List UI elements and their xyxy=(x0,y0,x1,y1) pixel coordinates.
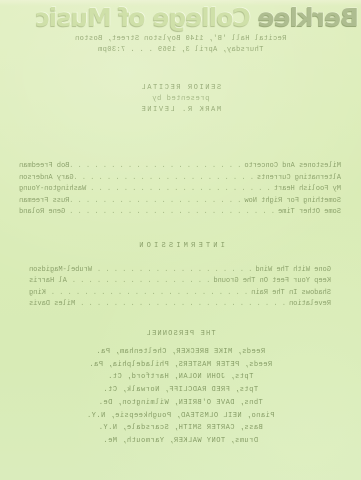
venue-address-line: Recital Hall 'B', 1140 Boylston Street, … xyxy=(0,34,361,45)
masthead-brand-bold: Berklee xyxy=(259,3,359,32)
piece-title: Alternating Currents xyxy=(257,173,341,185)
personnel-line: Tpts, FRED RADCLIFF, Norwalk, Ct. xyxy=(0,384,361,397)
personnel-line: Tpts, JOHN NOLAN, Hartford, Ct. xyxy=(0,371,361,384)
program-line: Gone With The Wind . . . . . . . . . . .… xyxy=(29,265,331,276)
masthead-brand-light: College of Music xyxy=(36,3,259,32)
personnel-list: Reeds, MIKE BRECKER, Cheltenham, Pa. Ree… xyxy=(0,346,361,448)
composer-name: Bob Freedman xyxy=(19,161,69,173)
personnel-line: Piano, NEIL OLMSTEAD, Poughkeepsie, N.Y. xyxy=(0,410,361,423)
program-line: Milestones And Concerto . . . . . . . . … xyxy=(19,161,341,173)
program-line: My Foolish Heart . . . . . . . . . . . .… xyxy=(19,184,341,196)
composer-name: Miles Davis xyxy=(29,299,75,310)
intermission-heading: INTERMISSION xyxy=(0,242,361,250)
piece-title: Some Other Time xyxy=(278,207,341,219)
dot-leader: . . . . . . . . . . . . . . . . . . . . … xyxy=(75,299,289,310)
piece-title: Gone With The Wind xyxy=(255,265,331,276)
piece-title: Keep Your Feet On The Ground xyxy=(213,276,331,287)
masthead-logo: Berklee College of Music xyxy=(0,3,359,32)
composer-name: Gene Roland xyxy=(19,207,65,219)
composer-name: Russ Freeman xyxy=(19,196,69,208)
composer-name: King xyxy=(29,288,46,299)
recital-presented-by-line: presented by xyxy=(0,94,361,105)
dot-leader: . . . . . . . . . . . . . . . . . . . . … xyxy=(65,207,278,219)
program-first-half-list: Milestones And Concerto . . . . . . . . … xyxy=(19,161,341,219)
program-second-half-list: Gone With The Wind . . . . . . . . . . .… xyxy=(29,265,331,310)
personnel-line: Reeds, PETER MASTERS, Philadelphia, Pa. xyxy=(0,359,361,372)
personnel-line: Reeds, MIKE BRECKER, Cheltenham, Pa. xyxy=(0,346,361,359)
mirrored-show-through-layer: Berklee College of Music Recital Hall 'B… xyxy=(0,0,361,480)
personnel-line: Drums, TONY WALKER, Yarmouth, Me. xyxy=(0,435,361,448)
dot-leader: . . . . . . . . . . . . . . . . . . . . … xyxy=(46,288,251,299)
program-line: Keep Your Feet On The Ground . . . . . .… xyxy=(29,276,331,287)
dot-leader: . . . . . . . . . . . . . . . . . . . . … xyxy=(67,276,214,287)
dot-leader: . . . . . . . . . . . . . . . . . . . . … xyxy=(74,173,257,185)
composer-name: Washington-Young xyxy=(19,184,86,196)
program-line: Something For Right Now . . . . . . . . … xyxy=(19,196,341,208)
recital-title-block: SENIOR RECITAL presented by MARK R. LEVI… xyxy=(0,83,361,116)
piece-title: Revelation xyxy=(289,299,331,310)
dot-leader: . . . . . . . . . . . . . . . . . . . . … xyxy=(86,184,274,196)
venue-datetime-line: Thursday, April 3, 1969 . . . 7:30pm xyxy=(0,45,361,56)
dot-leader: . . . . . . . . . . . . . . . . . . . . … xyxy=(69,161,244,173)
composer-name: Wrubel-Magidson xyxy=(29,265,92,276)
personnel-line: Tbns, DAVE O'BRIEN, Wilmington, De. xyxy=(0,397,361,410)
piece-title: My Foolish Heart xyxy=(274,184,341,196)
scanned-program-page: Berklee College of Music Recital Hall 'B… xyxy=(0,0,361,480)
dot-leader: . . . . . . . . . . . . . . . . . . . . … xyxy=(92,265,255,276)
composer-name: Al Harris xyxy=(29,276,67,287)
program-line: Some Other Time . . . . . . . . . . . . … xyxy=(19,207,341,219)
personnel-heading: THE PERSONNEL xyxy=(0,330,361,338)
recital-title-line: SENIOR RECITAL xyxy=(0,83,361,94)
piece-title: Milestones And Concerto xyxy=(244,161,341,173)
venue-block: Recital Hall 'B', 1140 Boylston Street, … xyxy=(0,34,361,55)
personnel-line: Bass, CARTER SMITH, Scarsdale, N.Y. xyxy=(0,422,361,435)
piece-title: Shadows In The Rain xyxy=(251,288,331,299)
piece-title: Something For Right Now xyxy=(244,196,341,208)
dot-leader: . . . . . . . . . . . . . . . . . . . . … xyxy=(69,196,244,208)
composer-name: Gary Anderson xyxy=(19,173,74,185)
program-line: Alternating Currents . . . . . . . . . .… xyxy=(19,173,341,185)
program-line: Shadows In The Rain . . . . . . . . . . … xyxy=(29,288,331,299)
recital-performer-name: MARK R. LEVINE xyxy=(0,105,361,116)
program-line: Revelation . . . . . . . . . . . . . . .… xyxy=(29,299,331,310)
